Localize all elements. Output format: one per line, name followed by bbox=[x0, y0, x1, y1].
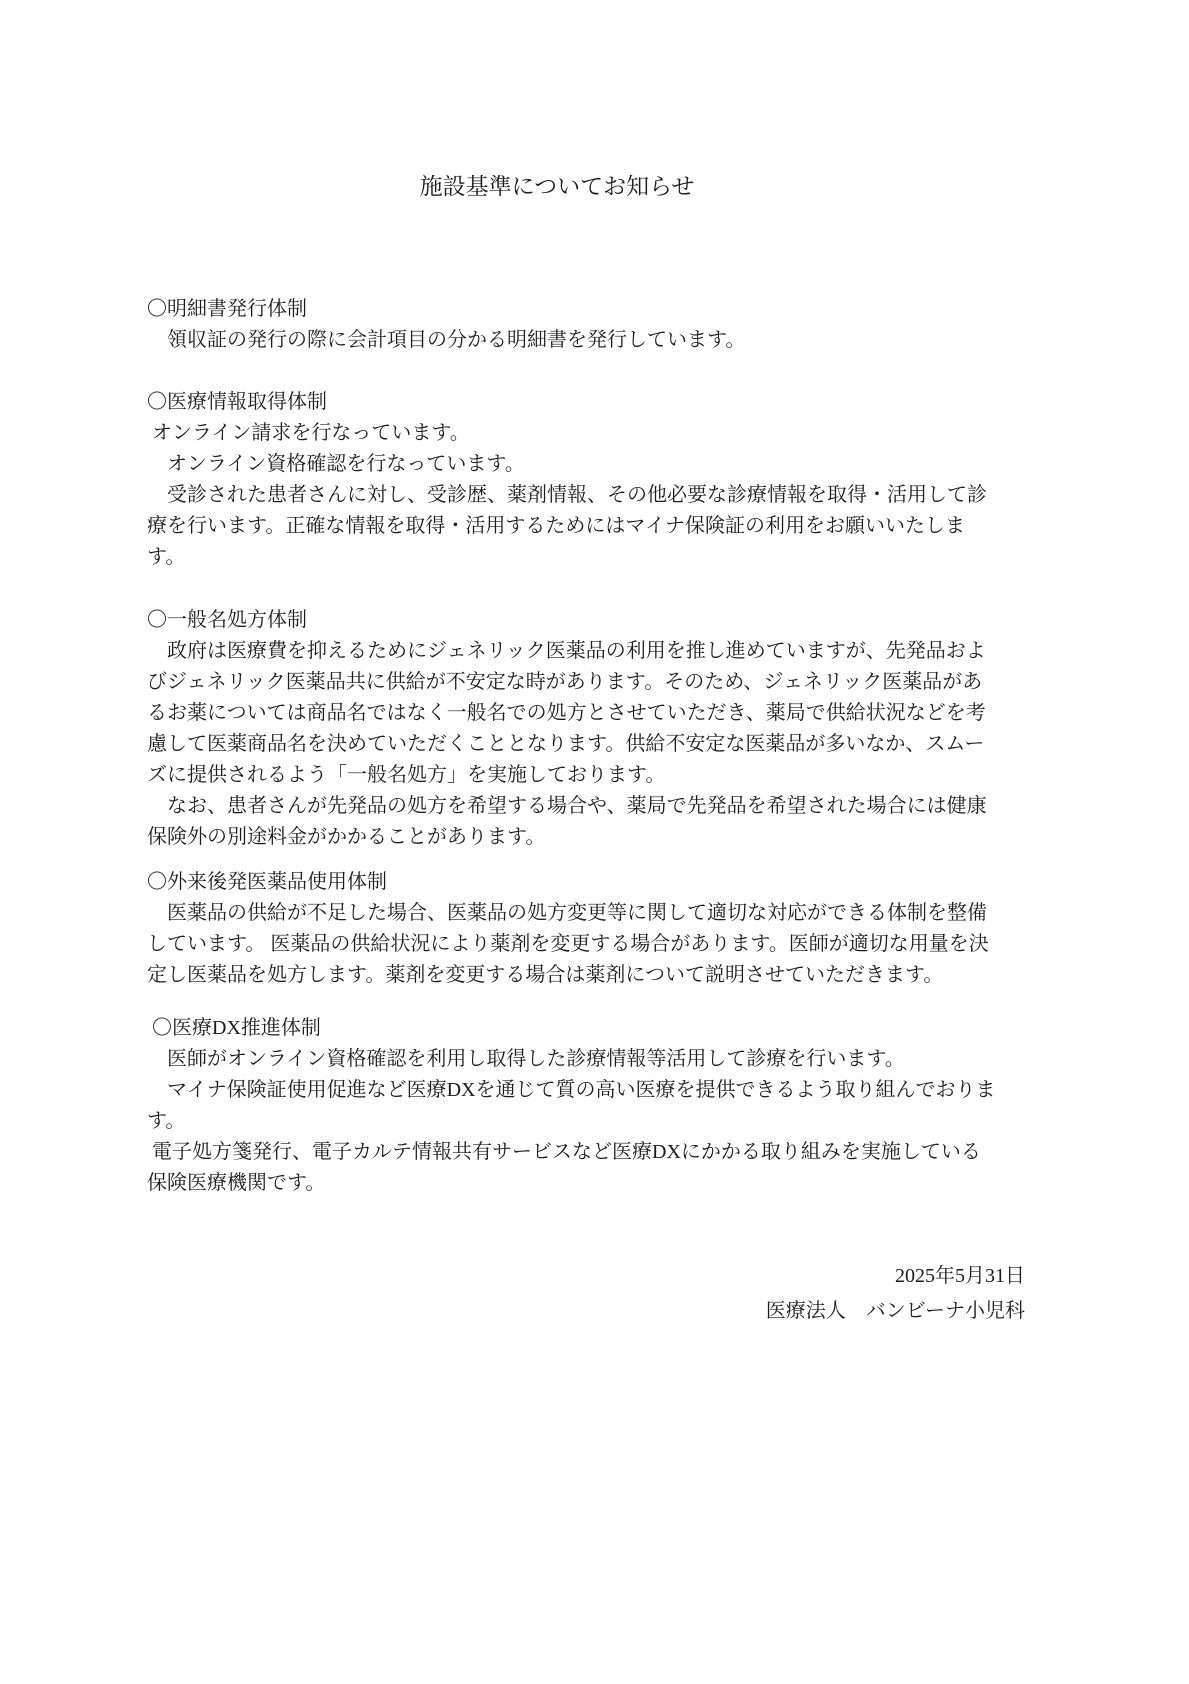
body-line: 療を行います。正確な情報を取得・活用するためにはマイナ保険証の利用をお願いいたし… bbox=[147, 511, 1043, 542]
section-meisaisho-hakko-taisei: 〇明細書発行体制 領収証の発行の際に会計項目の分かる明細書を発行しています。 bbox=[147, 294, 1043, 356]
footer-date: 2025年5月31日 bbox=[147, 1259, 1025, 1294]
body-line: 保険外の別途料金がかかることがあります。 bbox=[147, 822, 1043, 853]
body-line: 医師がオンライン資格確認を利用し取得した診療情報等活用して診療を行います。 bbox=[147, 1044, 1043, 1075]
body-line: なお、患者さんが先発品の処方を希望する場合や、薬局で先発品を希望された場合には健… bbox=[147, 791, 1043, 822]
body-line: 医薬品の供給が不足した場合、医薬品の処方変更等に関して適切な対応ができる体制を整… bbox=[147, 898, 1043, 929]
page-title: 施設基準についてお知らせ bbox=[147, 172, 1043, 202]
body-line: 慮して医薬商品名を決めていただくこととなります。供給不安定な医薬品が多いなか、ス… bbox=[147, 729, 1043, 760]
body-line: 保険医療機関です。 bbox=[147, 1168, 1043, 1199]
body-line: 定し医薬品を処方します。薬剤を変更する場合は薬剤について説明させていただきます。 bbox=[147, 960, 1043, 991]
document-content: 施設基準についてお知らせ 〇明細書発行体制 領収証の発行の際に会計項目の分かる明… bbox=[0, 172, 1189, 1329]
body-line: す。 bbox=[147, 542, 1043, 573]
body-line: 電子処方箋発行、電子カルテ情報共有サービスなど医療DXにかかる取り組みを実施して… bbox=[147, 1137, 1043, 1168]
section-heading: 〇明細書発行体制 bbox=[147, 294, 1043, 325]
section-ippanmei-shoho-taisei: 〇一般名処方体制 政府は医療費を抑えるためにジェネリック医薬品の利用を推し進めて… bbox=[147, 605, 1043, 853]
body-line: 受診された患者さんに対し、受診歴、薬剤情報、その他必要な診療情報を取得・活用して… bbox=[147, 480, 1043, 511]
section-heading: 〇医療情報取得体制 bbox=[147, 387, 1043, 418]
body-line: オンライン資格確認を行なっています。 bbox=[147, 449, 1043, 480]
footer-organization: 医療法人 バンビーナ小児科 bbox=[147, 1294, 1025, 1329]
body-line: ズに提供されるよう「一般名処方」を実施しております。 bbox=[147, 760, 1043, 791]
document-footer: 2025年5月31日 医療法人 バンビーナ小児科 bbox=[147, 1259, 1043, 1329]
section-iryo-dx-suishin-taisei: 〇医療DX推進体制 医師がオンライン資格確認を利用し取得した診療情報等活用して診… bbox=[147, 1013, 1043, 1199]
body-line: マイナ保険証使用促進など医療DXを通じて質の高い医療を提供できるよう取り組んでお… bbox=[147, 1075, 1043, 1106]
section-heading: 〇一般名処方体制 bbox=[147, 605, 1043, 636]
section-gairai-kohatsu-iyakuhin-shiyo-taisei: 〇外来後発医薬品使用体制 医薬品の供給が不足した場合、医薬品の処方変更等に関して… bbox=[147, 867, 1043, 991]
section-iryo-joho-shutoku-taisei: 〇医療情報取得体制 オンライン請求を行なっています。 オンライン資格確認を行なっ… bbox=[147, 387, 1043, 573]
body-line: るお薬については商品名ではなく一般名での処方とさせていただき、薬局で供給状況など… bbox=[147, 698, 1043, 729]
body-line: オンライン請求を行なっています。 bbox=[147, 418, 1043, 449]
section-heading: 〇医療DX推進体制 bbox=[147, 1013, 1043, 1044]
body-line: 政府は医療費を抑えるためにジェネリック医薬品の利用を推し進めていますが、先発品お… bbox=[147, 636, 1043, 667]
body-line: しています。 医薬品の供給状況により薬剤を変更する場合があります。医師が適切な用… bbox=[147, 929, 1043, 960]
body-line: 領収証の発行の際に会計項目の分かる明細書を発行しています。 bbox=[147, 325, 1043, 356]
body-line: す。 bbox=[147, 1106, 1043, 1137]
document-page: 施設基準についてお知らせ 〇明細書発行体制 領収証の発行の際に会計項目の分かる明… bbox=[0, 0, 1189, 1684]
section-heading: 〇外来後発医薬品使用体制 bbox=[147, 867, 1043, 898]
body-line: びジェネリック医薬品共に供給が不安定な時があります。そのため、ジェネリック医薬品… bbox=[147, 667, 1043, 698]
